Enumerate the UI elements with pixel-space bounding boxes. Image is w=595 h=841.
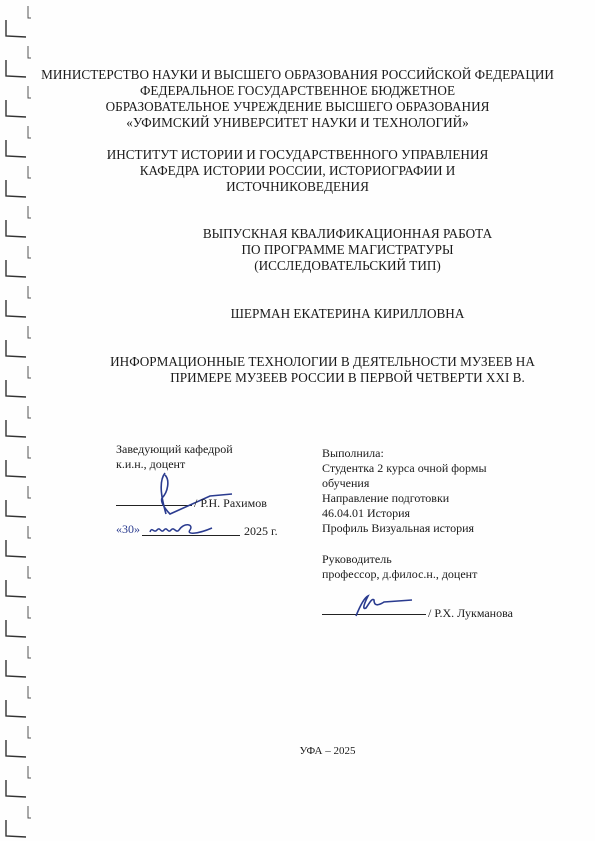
- department-line-2: ИСТОЧНИКОВЕДЕНИЯ: [0, 179, 595, 195]
- supervisor-label: Руководитель: [322, 552, 392, 567]
- student-profile: Профиль Визуальная история: [322, 521, 474, 536]
- city-year: УФА – 2025: [30, 743, 595, 759]
- author-name: ШЕРМАН ЕКАТЕРИНА КИРИЛЛОВНА: [50, 306, 595, 322]
- supervisor-signature: [350, 592, 420, 618]
- head-date-day: «30»: [116, 522, 140, 537]
- supervisor-degree: профессор, д.филос.н., доцент: [322, 567, 477, 582]
- head-name: / Р.Н. Рахимов: [194, 496, 267, 511]
- thesis-title-line-2: ПРИМЕРЕ МУЗЕЕВ РОССИИ В ПЕРВОЙ ЧЕТВЕРТИ …: [50, 370, 595, 386]
- head-role: Заведующий кафедрой: [116, 442, 233, 457]
- thesis-title-line-1: ИНФОРМАЦИОННЫЕ ТЕХНОЛОГИИ В ДЕЯТЕЛЬНОСТИ…: [50, 354, 595, 370]
- work-type-line-1: ВЫПУСКНАЯ КВАЛИФИКАЦИОННАЯ РАБОТА: [50, 226, 595, 242]
- student-direction-label: Направление подготовки: [322, 491, 449, 506]
- university-name: «УФИМСКИЙ УНИВЕРСИТЕТ НАУКИ И ТЕХНОЛОГИЙ…: [0, 115, 595, 131]
- department-line-1: КАФЕДРА ИСТОРИИ РОССИИ, ИСТОРИОГРАФИИ И: [0, 163, 595, 179]
- supervisor-name: / Р.Х. Лукманова: [428, 606, 513, 621]
- document-page: МИНИСТЕРСТВО НАУКИ И ВЫСШЕГО ОБРАЗОВАНИЯ…: [0, 0, 595, 841]
- head-date-month-handwriting: [148, 520, 218, 538]
- work-type-line-3: (ИССЛЕДОВАТЕЛЬСКИЙ ТИП): [50, 258, 595, 274]
- institution-line-1: ФЕДЕРАЛЬНОЕ ГОСУДАРСТВЕННОЕ БЮДЖЕТНОЕ: [0, 83, 595, 99]
- student-course-cont: обучения: [322, 476, 369, 491]
- institute-name: ИНСТИТУТ ИСТОРИИ И ГОСУДАРСТВЕННОГО УПРА…: [0, 147, 595, 163]
- student-course: Студентка 2 курса очной формы: [322, 461, 487, 476]
- ministry-line: МИНИСТЕРСТВО НАУКИ И ВЫСШЕГО ОБРАЗОВАНИЯ…: [0, 67, 595, 83]
- work-type-line-2: ПО ПРОГРАММЕ МАГИСТРАТУРЫ: [50, 242, 595, 258]
- institution-line-2: ОБРАЗОВАТЕЛЬНОЕ УЧРЕЖДЕНИЕ ВЫСШЕГО ОБРАЗ…: [0, 99, 595, 115]
- head-signature: [140, 470, 235, 520]
- student-direction-code: 46.04.01 История: [322, 506, 410, 521]
- student-label: Выполнила:: [322, 446, 384, 461]
- head-date-year: 2025 г.: [244, 524, 278, 539]
